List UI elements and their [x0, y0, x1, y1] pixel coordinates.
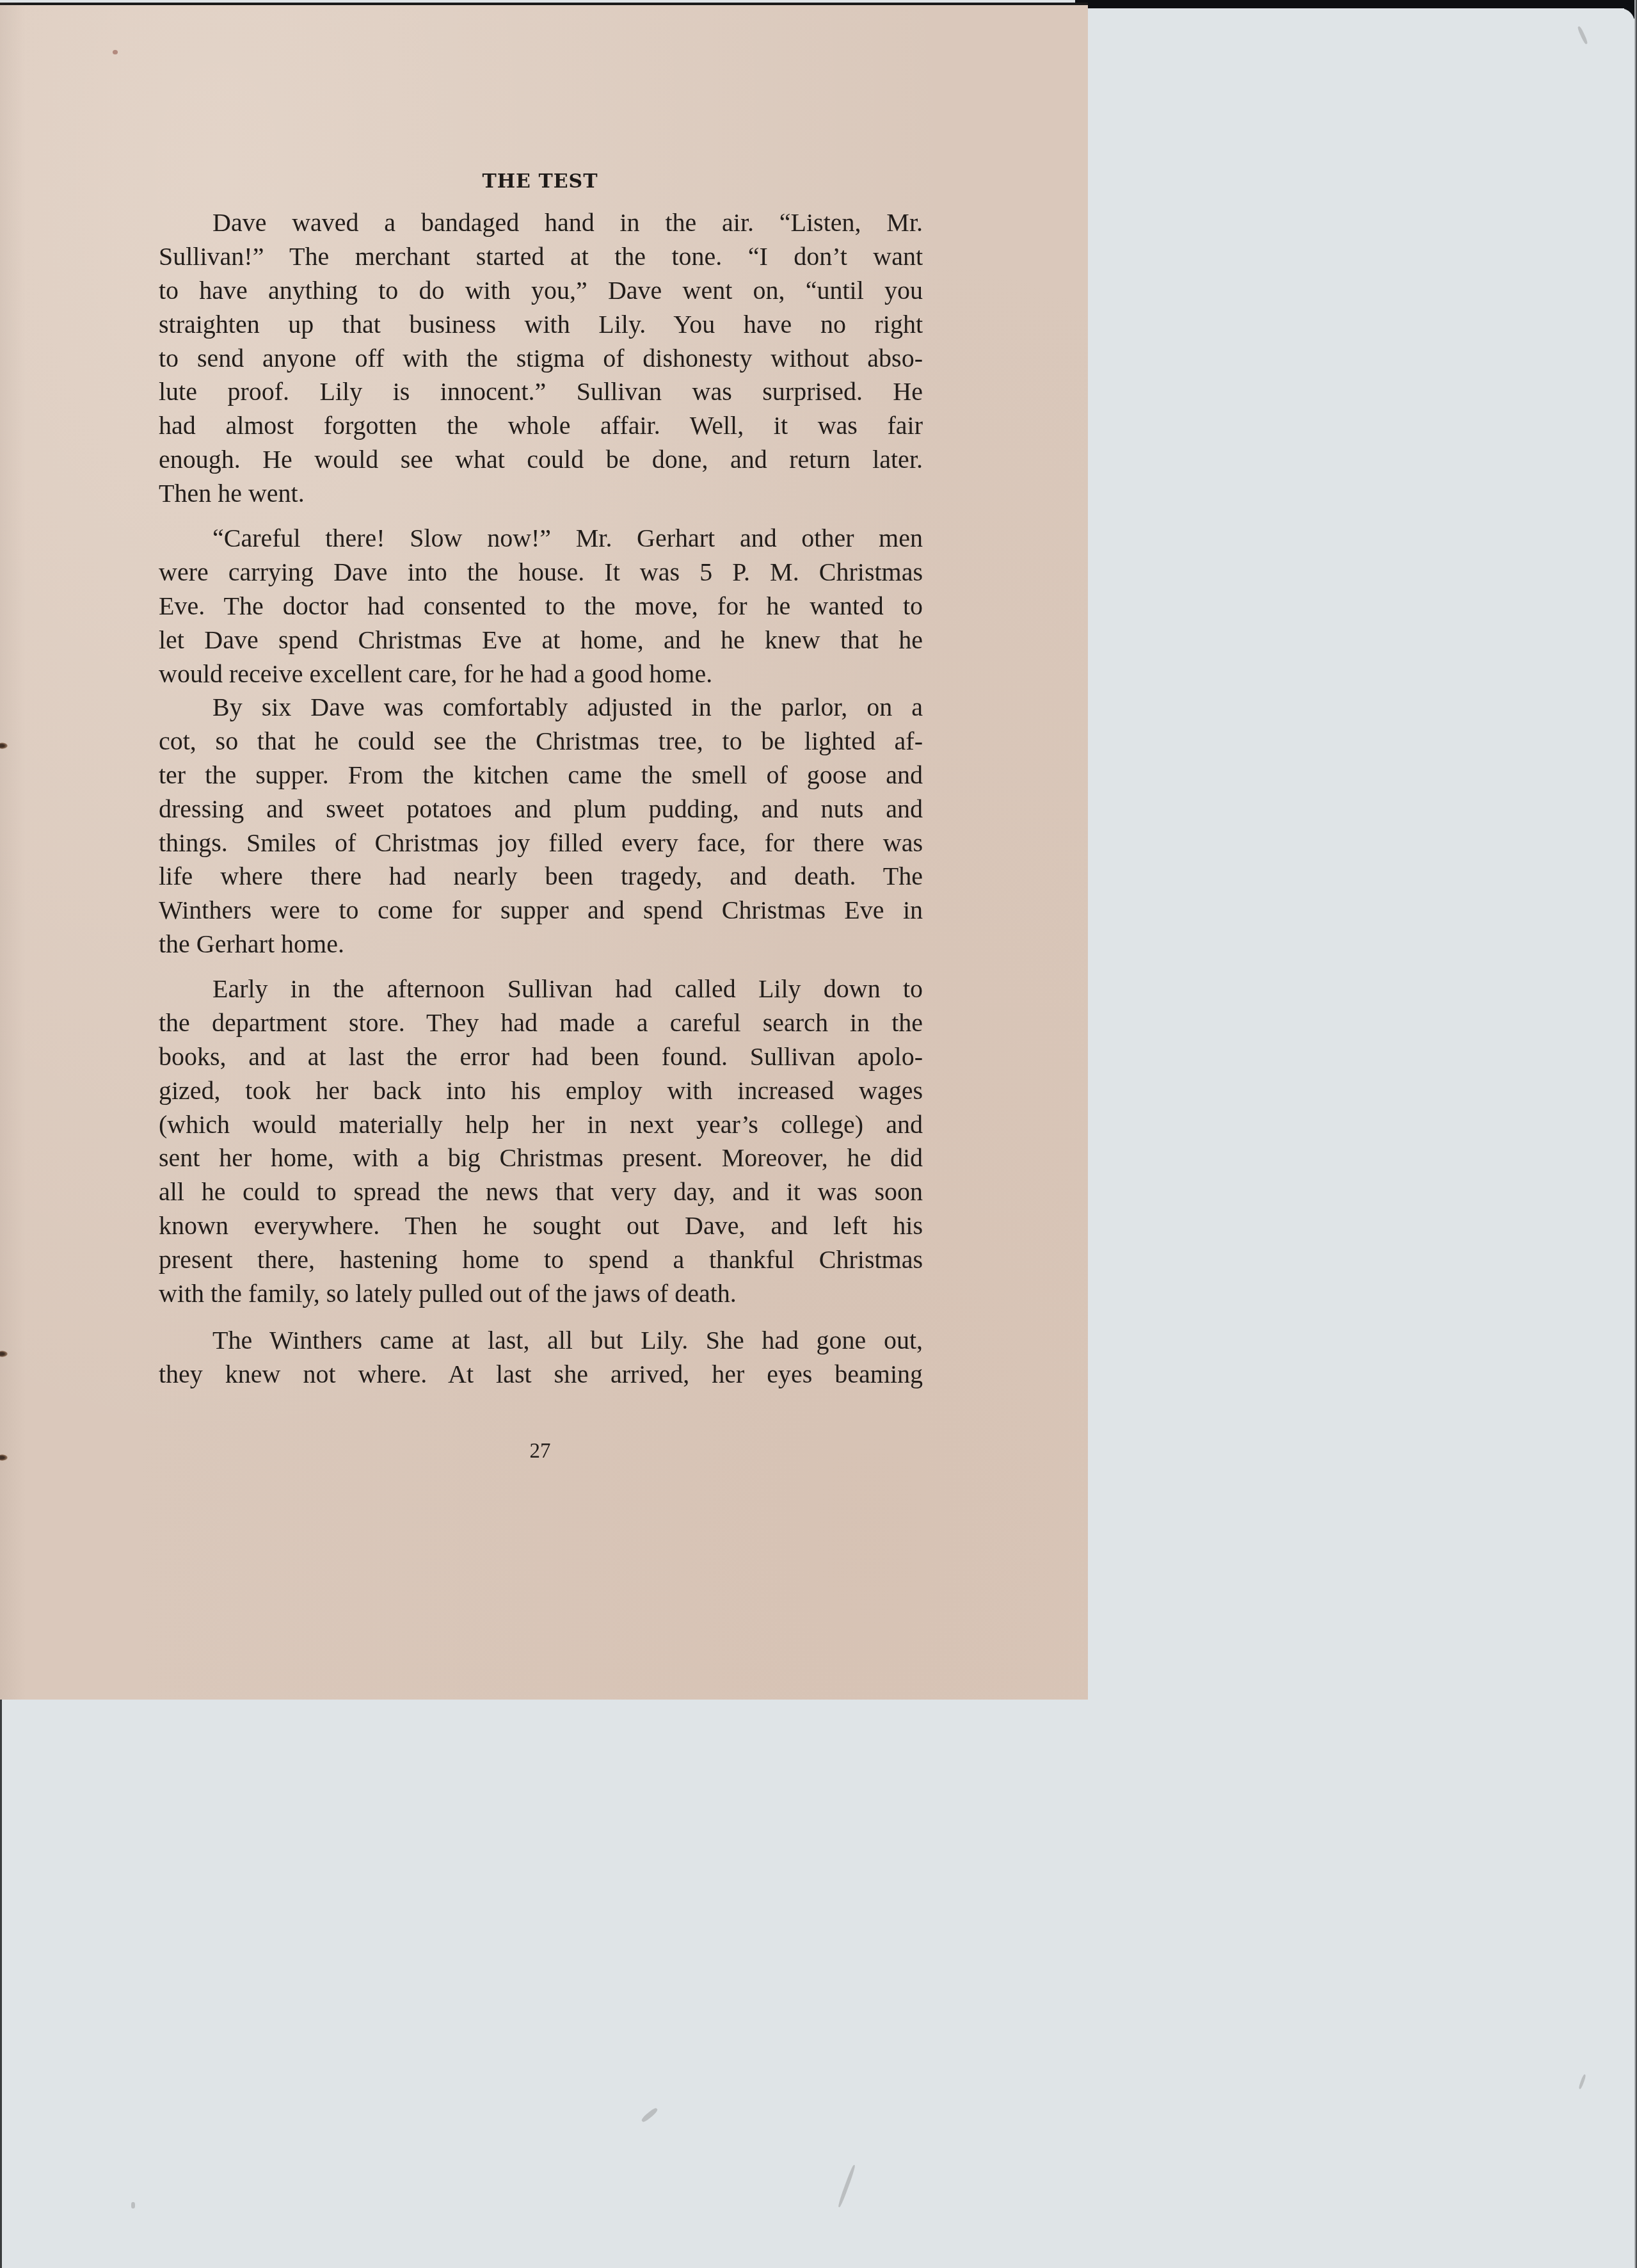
text-line: books, and at last the error had been fo…	[159, 1040, 923, 1074]
text-line: the Gerhart home.	[159, 928, 923, 961]
text-line: The Winthers came at last, all but Lily.…	[159, 1324, 923, 1358]
text-line: “Careful there! Slow now!” Mr. Gerhart a…	[159, 522, 923, 556]
text-line: things. Smiles of Christmas joy filled e…	[159, 826, 923, 860]
text-line: Eve. The doctor had consented to the mov…	[159, 590, 923, 623]
text-line: all he could to spread the news that ver…	[159, 1175, 923, 1209]
binding-hole	[0, 1351, 8, 1357]
text-line: lute proof. Lily is innocent.” Sullivan …	[159, 375, 923, 409]
paragraph: Early in the afternoon Sullivan had call…	[159, 972, 923, 1311]
text-line: the department store. They had made a ca…	[159, 1006, 923, 1040]
page-number: 27	[476, 1440, 604, 1463]
text-line: with the family, so lately pulled out of…	[159, 1277, 923, 1311]
binding-hole	[0, 743, 8, 749]
text-line: Dave waved a bandaged hand in the air. “…	[159, 206, 923, 240]
text-line: life where there had nearly been tragedy…	[159, 860, 923, 894]
scanner-right-edge	[1634, 0, 1637, 2268]
text-line: dressing and sweet potatoes and plum pud…	[159, 792, 923, 826]
text-line: ter the supper. From the kitchen came th…	[159, 759, 923, 792]
text-line: sent her home, with a big Christmas pres…	[159, 1141, 923, 1175]
scanner-lid-strip	[1075, 0, 1637, 8]
dust-mark	[131, 2202, 135, 2208]
running-head: THE TEST	[412, 170, 668, 193]
text-line: had almost forgotten the whole affair. W…	[159, 409, 923, 443]
text-line: enough. He would see what could be done,…	[159, 443, 923, 477]
text-line: were carrying Dave into the house. It wa…	[159, 556, 923, 590]
dust-mark	[1577, 26, 1588, 45]
text-line: By six Dave was comfortably adjusted in …	[159, 691, 923, 725]
paragraph: “Careful there! Slow now!” Mr. Gerhart a…	[159, 522, 923, 691]
text-line: gized, took her back into his employ wit…	[159, 1074, 923, 1108]
text-line: would receive excellent care, for he had…	[159, 657, 923, 691]
text-line: cot, so that he could see the Christmas …	[159, 725, 923, 759]
dust-mark	[1578, 2074, 1586, 2089]
text-line: they knew not where. At last she arrived…	[159, 1358, 923, 1392]
text-line: to send anyone off with the stigma of di…	[159, 342, 923, 376]
text-line: let Dave spend Christmas Eve at home, an…	[159, 623, 923, 657]
paper-speck	[113, 50, 118, 54]
text-line: straighten up that business with Lily. Y…	[159, 308, 923, 342]
text-line: Winthers were to come for supper and spe…	[159, 894, 923, 928]
text-line: (which would materially help her in next…	[159, 1108, 923, 1142]
scanner-left-edge	[0, 1700, 2, 2268]
text-line: known everywhere. Then he sought out Dav…	[159, 1209, 923, 1243]
text-line: Early in the afternoon Sullivan had call…	[159, 972, 923, 1006]
scanner-bed-corner	[1619, 8, 1634, 24]
paragraph: By six Dave was comfortably adjusted in …	[159, 691, 923, 961]
book-page: THE TEST Dave waved a bandaged hand in t…	[0, 3, 1088, 1700]
text-line: Sullivan!” The merchant started at the t…	[159, 240, 923, 274]
dust-mark	[641, 2107, 659, 2123]
dust-mark	[837, 2164, 856, 2208]
binding-hole	[0, 1454, 8, 1461]
text-line: to have anything to do with you,” Dave w…	[159, 274, 923, 308]
text-line: Then he went.	[159, 477, 923, 511]
paragraph: The Winthers came at last, all but Lily.…	[159, 1324, 923, 1392]
paragraph: Dave waved a bandaged hand in the air. “…	[159, 206, 923, 511]
text-line: present there, hastening home to spend a…	[159, 1243, 923, 1277]
